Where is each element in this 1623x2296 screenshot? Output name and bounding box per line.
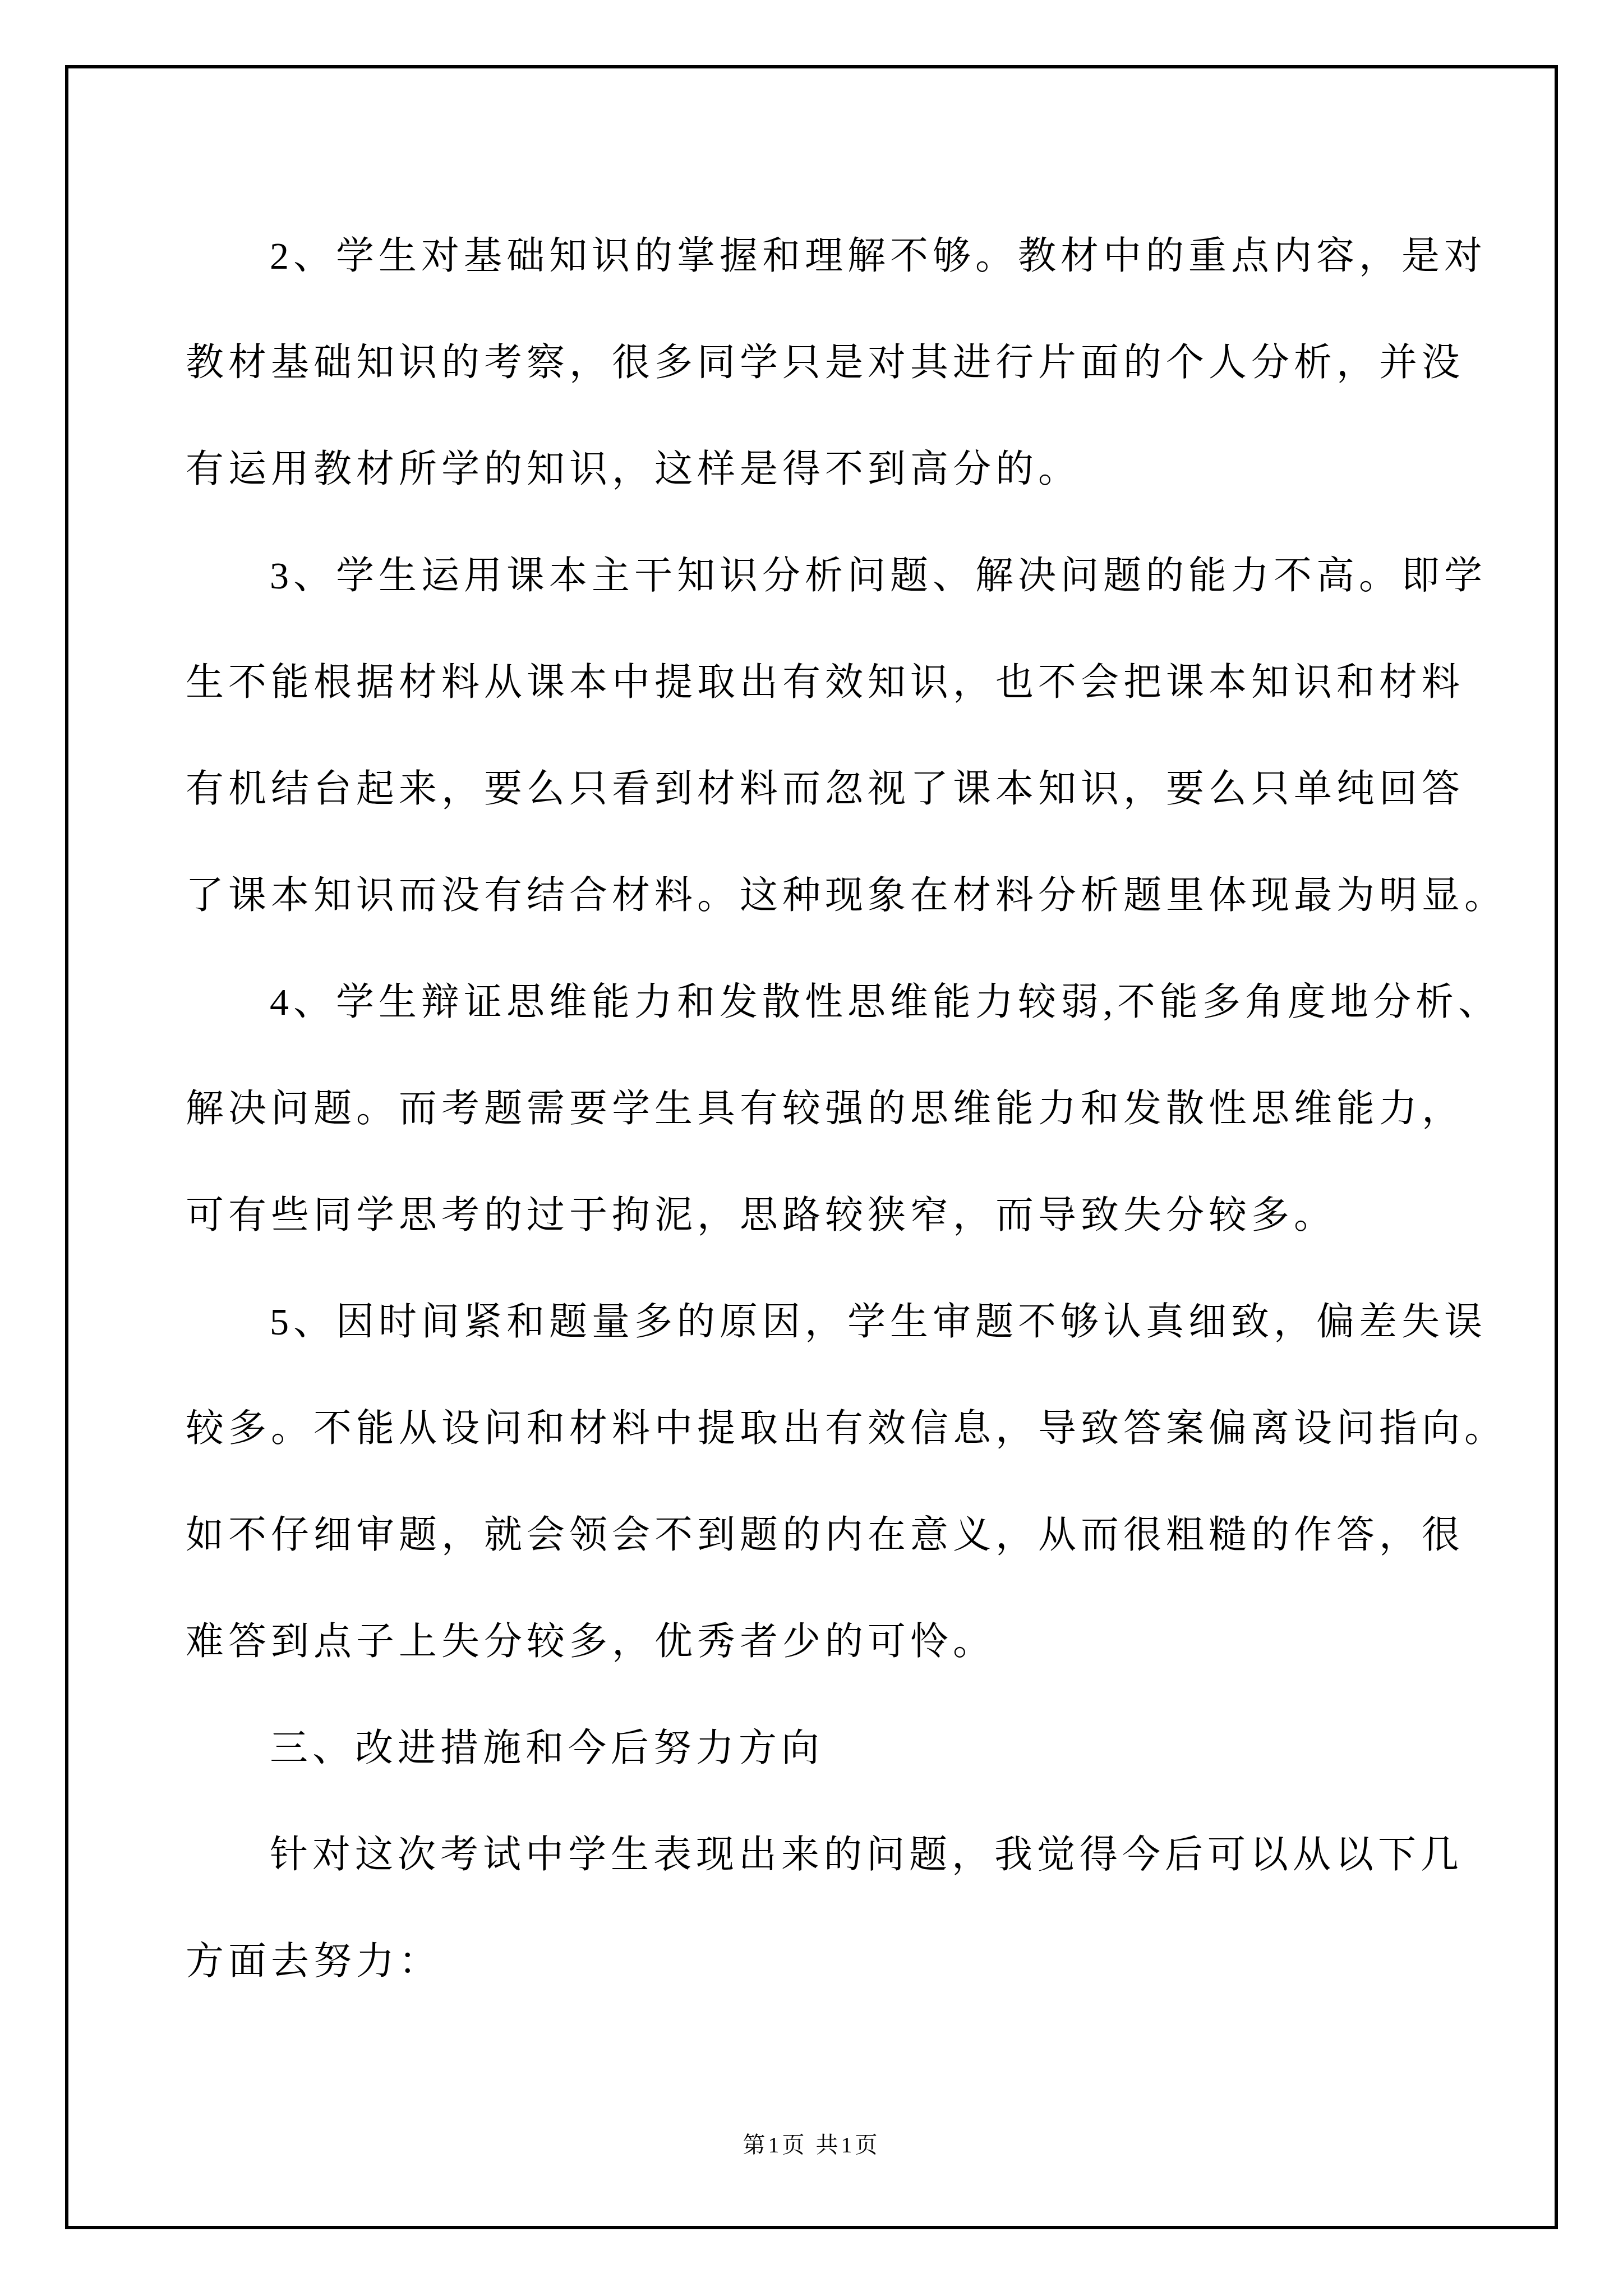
text-line: 4、学生辩证思维能力和发散性思维能力较弱,不能多角度地分析、: [186, 949, 1476, 1055]
paragraph: 针对这次考试中学生表现出来的问题，我觉得今后可以从以下几方面去努力：: [186, 1801, 1476, 2014]
text-line: 2、学生对基础知识的掌握和理解不够。教材中的重点内容，是对: [186, 203, 1476, 309]
text-line: 方面去努力：: [186, 1908, 1476, 2014]
paragraph: 4、学生辩证思维能力和发散性思维能力较弱,不能多角度地分析、解决问题。而考题需要…: [186, 949, 1476, 1268]
text-line: 可有些同学思考的过于拘泥，思路较狭窄，而导致失分较多。: [186, 1162, 1476, 1268]
text-line: 教材基础知识的考察，很多同学只是对其进行片面的个人分析，并没: [186, 309, 1476, 416]
page-number: 第1页 共1页: [743, 2132, 880, 2157]
text-line: 5、因时间紧和题量多的原因，学生审题不够认真细致，偏差失误: [186, 1268, 1476, 1375]
text-line: 有运用教材所学的知识，这样是得不到高分的。: [186, 416, 1476, 522]
document-body: 2、学生对基础知识的掌握和理解不够。教材中的重点内容，是对教材基础知识的考察，很…: [186, 203, 1476, 2014]
paragraph: 三、改进措施和今后努力方向: [186, 1695, 1476, 1801]
text-line: 3、学生运用课本主干知识分析问题、解决问题的能力不高。即学: [186, 522, 1476, 629]
paragraph: 2、学生对基础知识的掌握和理解不够。教材中的重点内容，是对教材基础知识的考察，很…: [186, 203, 1476, 522]
text-line: 难答到点子上失分较多，优秀者少的可怜。: [186, 1588, 1476, 1695]
text-line: 三、改进措施和今后努力方向: [186, 1695, 1476, 1801]
page-border-frame: 2、学生对基础知识的掌握和理解不够。教材中的重点内容，是对教材基础知识的考察，很…: [65, 65, 1558, 2229]
text-line: 如不仔细审题，就会领会不到题的内在意义，从而很粗糙的作答，很: [186, 1481, 1476, 1588]
text-line: 较多。不能从设问和材料中提取出有效信息，导致答案偏离设问指向。: [186, 1375, 1476, 1481]
paragraph: 5、因时间紧和题量多的原因，学生审题不够认真细致，偏差失误较多。不能从设问和材料…: [186, 1268, 1476, 1695]
paragraph: 3、学生运用课本主干知识分析问题、解决问题的能力不高。即学生不能根据材料从课本中…: [186, 522, 1476, 949]
page-footer: 第1页 共1页: [68, 2128, 1555, 2162]
text-line: 了课本知识而没有结合材料。这种现象在材料分析题里体现最为明显。: [186, 842, 1476, 949]
text-line: 有机结台起来，要么只看到材料而忽视了课本知识，要么只单纯回答: [186, 735, 1476, 842]
text-line: 解决问题。而考题需要学生具有较强的思维能力和发散性思维能力，: [186, 1055, 1476, 1162]
text-line: 针对这次考试中学生表现出来的问题，我觉得今后可以从以下几: [186, 1801, 1476, 1908]
text-line: 生不能根据材料从课本中提取出有效知识，也不会把课本知识和材料: [186, 629, 1476, 735]
